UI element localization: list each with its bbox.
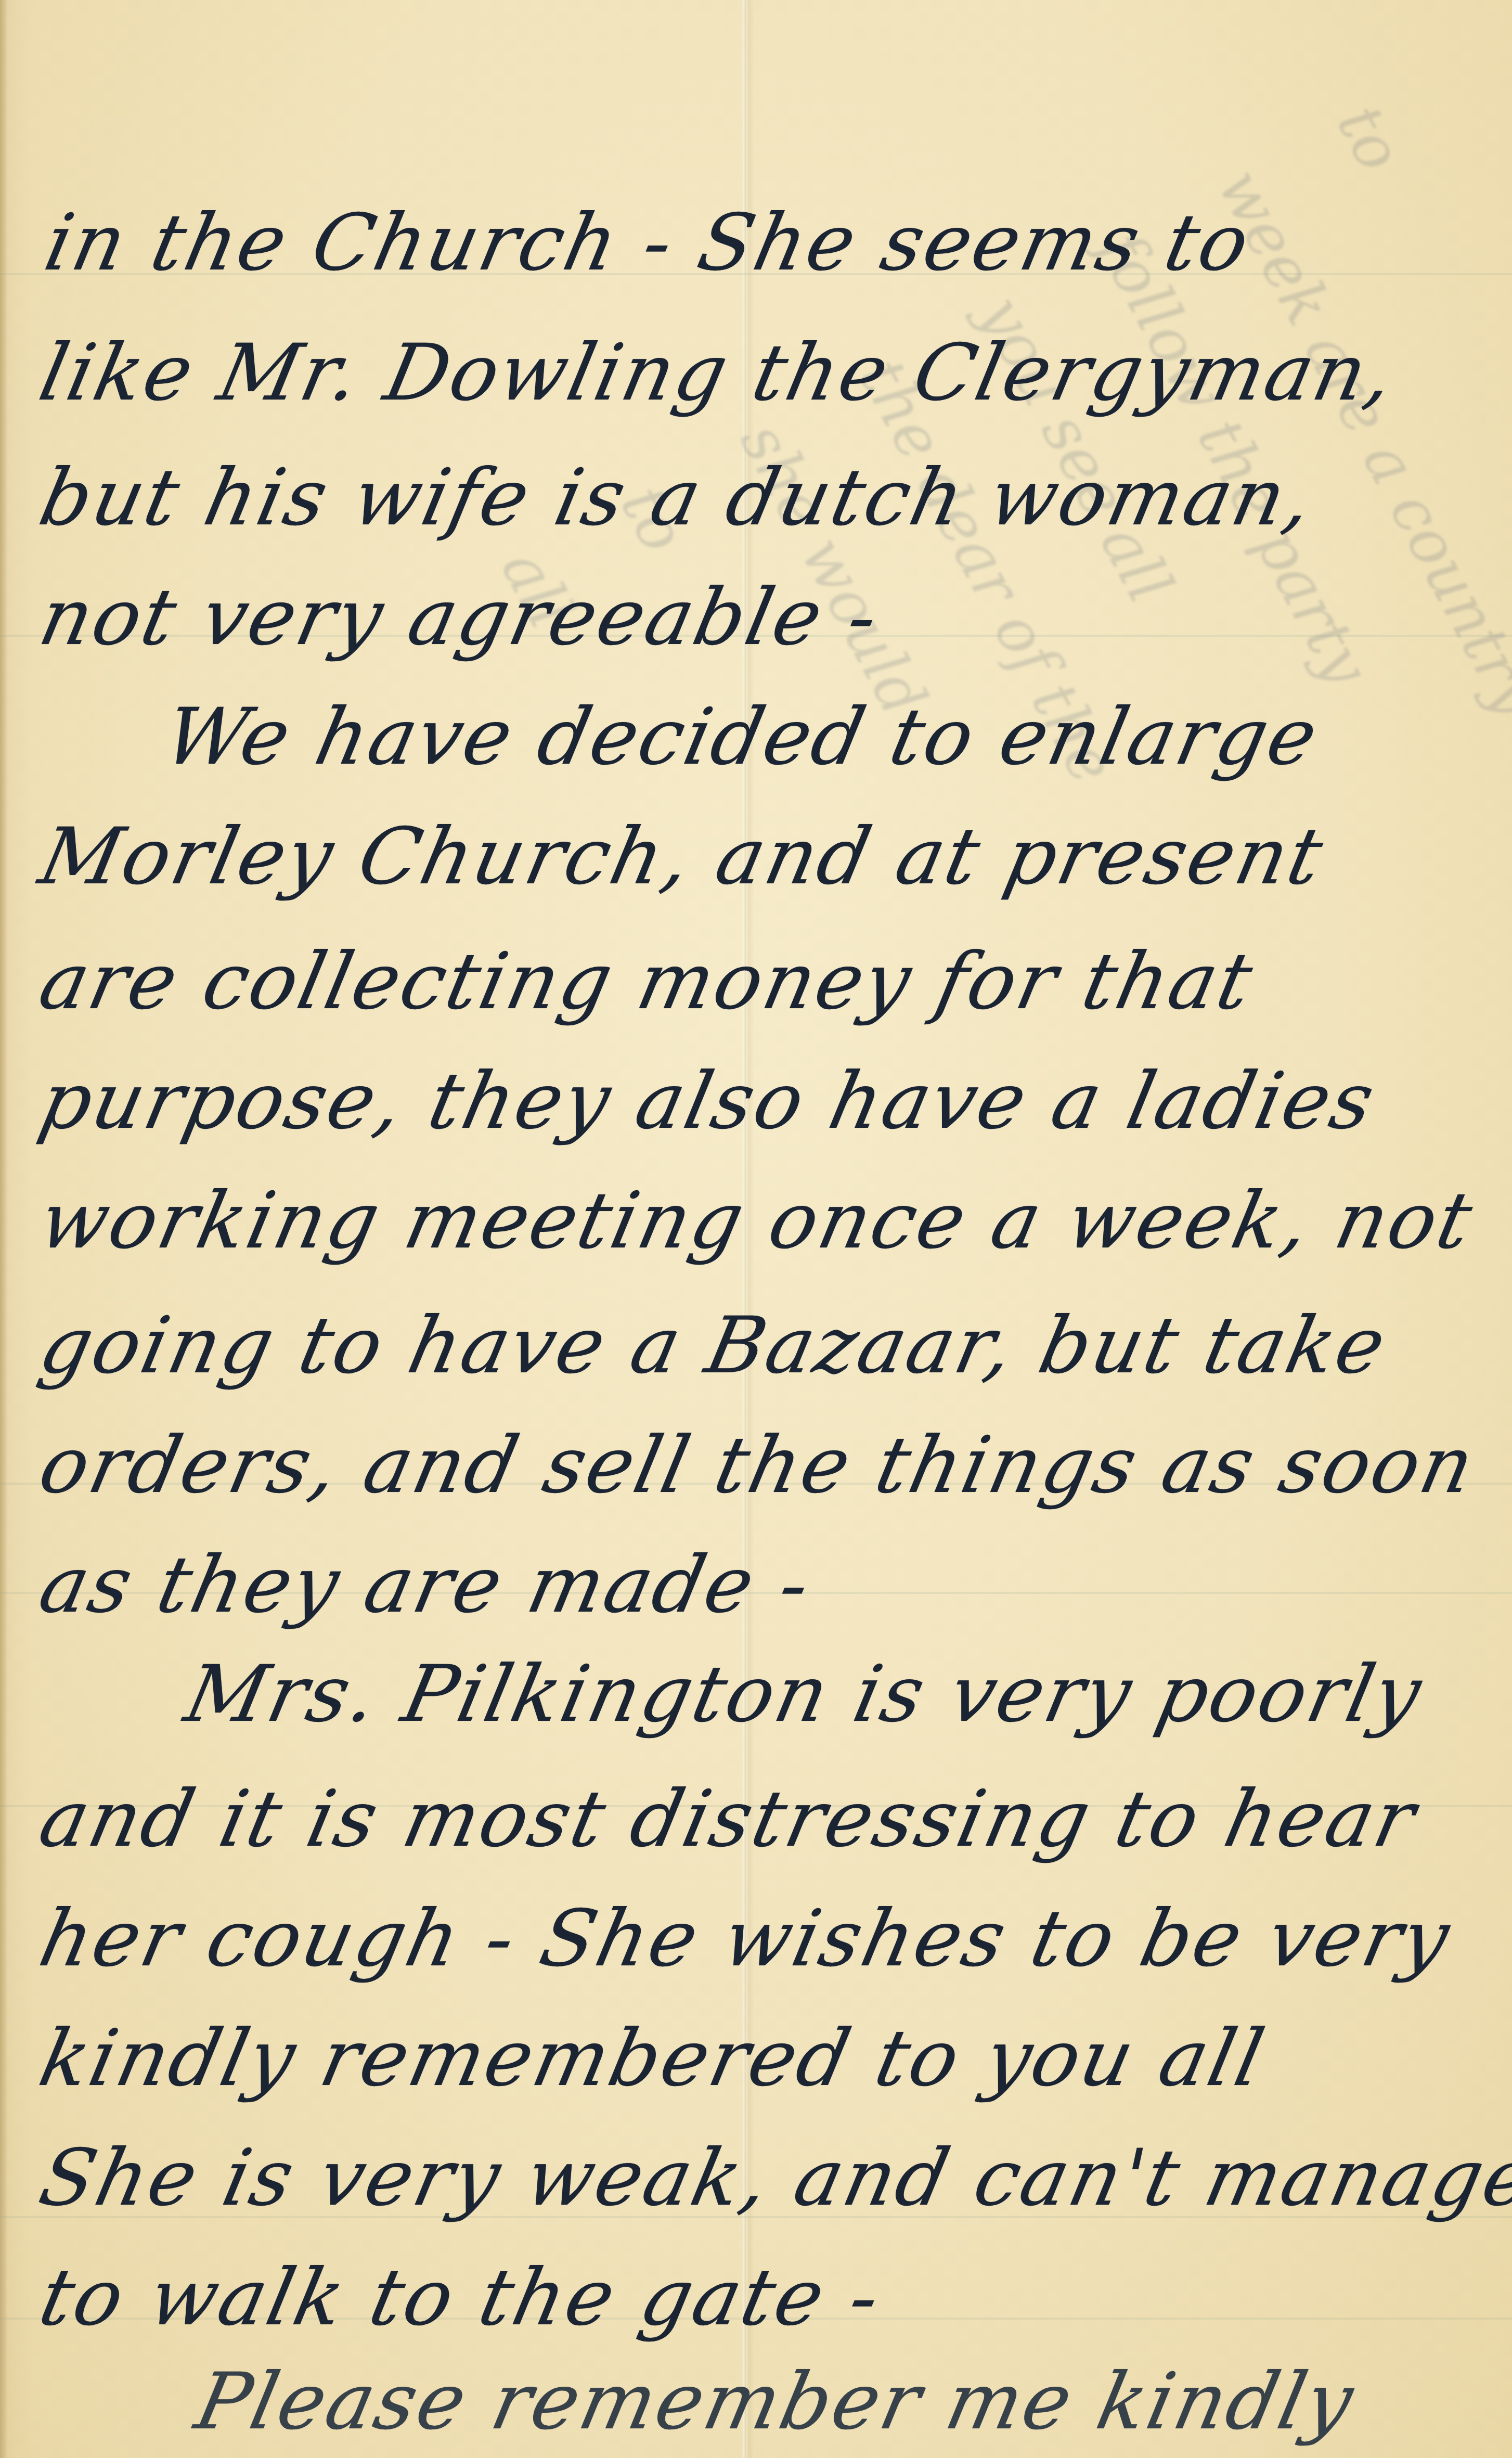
letter-line: She is very weak, and can't manage	[32, 2133, 1512, 2223]
letter-line: Mrs. Pilkington is very poorly	[178, 1649, 1431, 1740]
letter-line: kindly remembered to you all	[32, 2013, 1274, 2104]
letter-line: orders, and sell the things as soon	[32, 1420, 1484, 1511]
letter-line: her cough - She wishes to be very	[32, 1894, 1459, 1984]
letter-line: working meeting once a week, not	[32, 1176, 1482, 1266]
letter-line: but his wife is a dutch woman,	[32, 453, 1323, 543]
letter-line: and it is most distressing to hear	[32, 1774, 1425, 1864]
letter-line: not very agreeable -	[32, 572, 888, 663]
letter-line: in the Church - She seems to	[37, 198, 1259, 288]
letter-line: going to have a Bazaar, but take	[32, 1301, 1395, 1391]
letter-line: to walk to the gate -	[32, 2253, 889, 2343]
letter-body: in the Church - She seems to like Mr. Do…	[0, 0, 1512, 2458]
letter-line: We have decided to enlarge	[157, 692, 1327, 782]
letter-line: are collecting money for that	[32, 936, 1262, 1027]
letter-line: as they are made -	[32, 1540, 820, 1630]
letter-line: like Mr. Dowling the Clergyman,	[32, 328, 1404, 418]
letter-line: Morley Church, and at present	[32, 812, 1333, 902]
letter-line: purpose, they also have a ladies	[32, 1056, 1384, 1147]
letter-line: Please remember me kindly	[188, 2357, 1363, 2447]
letter-page: to week are a country follow the party y…	[0, 0, 1512, 2458]
